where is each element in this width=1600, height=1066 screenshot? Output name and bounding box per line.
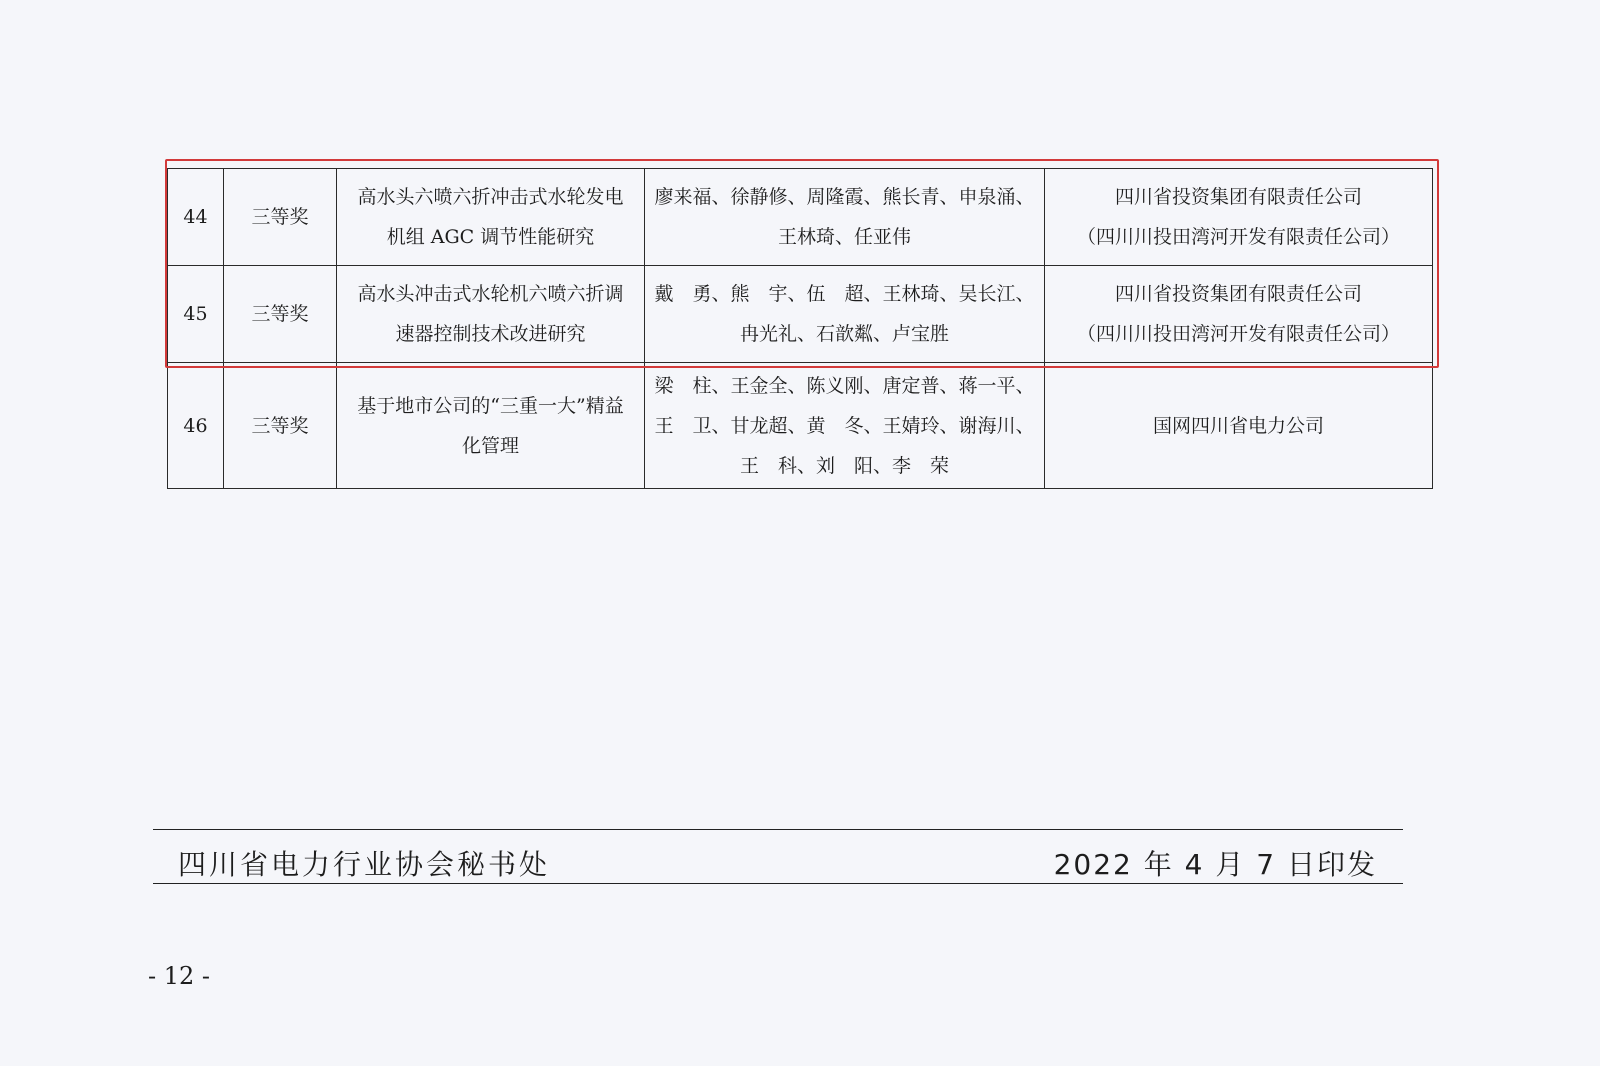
- names-line: 王 科、刘 阳、李 荣: [647, 446, 1042, 486]
- issuer-label: 四川省电力行业协会秘书处: [178, 843, 550, 883]
- footer-rule-top: [153, 829, 1403, 830]
- organization: 国网四川省电力公司: [1045, 363, 1433, 489]
- table-row: 45 三等奖 高水头冲击式水轮机六喷六折调 速器控制技术改进研究 戴 勇、熊 宇…: [168, 266, 1433, 363]
- org-line: 国网四川省电力公司: [1047, 406, 1430, 446]
- organization: 四川省投资集团有限责任公司 （四川川投田湾河开发有限责任公司）: [1045, 266, 1433, 363]
- participants: 廖来福、徐静修、周隆霞、熊长青、申泉涌、 王林琦、任亚伟: [645, 169, 1045, 266]
- names-line: 王 卫、甘龙超、黄 冬、王婧玲、谢海川、: [647, 406, 1042, 446]
- award-level: 三等奖: [224, 363, 337, 489]
- award-level: 三等奖: [224, 169, 337, 266]
- names-line: 冉光礼、石歆粼、卢宝胜: [647, 314, 1042, 354]
- page-number: - 12 -: [148, 962, 210, 990]
- row-number: 45: [168, 266, 224, 363]
- row-number: 46: [168, 363, 224, 489]
- title-line: 高水头六喷六折冲击式水轮发电: [339, 177, 642, 217]
- issue-date: 2022 年 4 月 7 日印发: [1054, 843, 1377, 883]
- title-line: 基于地市公司的“三重一大”精益: [339, 386, 642, 426]
- org-line: （四川川投田湾河开发有限责任公司）: [1047, 314, 1430, 354]
- awards-table: 44 三等奖 高水头六喷六折冲击式水轮发电 机组 AGC 调节性能研究 廖来福、…: [167, 168, 1433, 489]
- names-line: 戴 勇、熊 宇、伍 超、王林琦、吴长江、: [647, 274, 1042, 314]
- org-line: 四川省投资集团有限责任公司: [1047, 274, 1430, 314]
- title-line: 高水头冲击式水轮机六喷六折调: [339, 274, 642, 314]
- project-title: 高水头六喷六折冲击式水轮发电 机组 AGC 调节性能研究: [337, 169, 645, 266]
- participants: 梁 柱、王金全、陈义刚、唐定普、蒋一平、 王 卫、甘龙超、黄 冬、王婧玲、谢海川…: [645, 363, 1045, 489]
- table-row: 44 三等奖 高水头六喷六折冲击式水轮发电 机组 AGC 调节性能研究 廖来福、…: [168, 169, 1433, 266]
- award-level: 三等奖: [224, 266, 337, 363]
- organization: 四川省投资集团有限责任公司 （四川川投田湾河开发有限责任公司）: [1045, 169, 1433, 266]
- project-title: 基于地市公司的“三重一大”精益 化管理: [337, 363, 645, 489]
- footer-rule-bottom: [153, 883, 1403, 884]
- title-line: 机组 AGC 调节性能研究: [339, 217, 642, 257]
- table-row: 46 三等奖 基于地市公司的“三重一大”精益 化管理 梁 柱、王金全、陈义刚、唐…: [168, 363, 1433, 489]
- project-title: 高水头冲击式水轮机六喷六折调 速器控制技术改进研究: [337, 266, 645, 363]
- names-line: 梁 柱、王金全、陈义刚、唐定普、蒋一平、: [647, 366, 1042, 406]
- names-line: 王林琦、任亚伟: [647, 217, 1042, 257]
- participants: 戴 勇、熊 宇、伍 超、王林琦、吴长江、 冉光礼、石歆粼、卢宝胜: [645, 266, 1045, 363]
- org-line: 四川省投资集团有限责任公司: [1047, 177, 1430, 217]
- names-line: 廖来福、徐静修、周隆霞、熊长青、申泉涌、: [647, 177, 1042, 217]
- title-line: 化管理: [339, 426, 642, 466]
- row-number: 44: [168, 169, 224, 266]
- title-line: 速器控制技术改进研究: [339, 314, 642, 354]
- org-line: （四川川投田湾河开发有限责任公司）: [1047, 217, 1430, 257]
